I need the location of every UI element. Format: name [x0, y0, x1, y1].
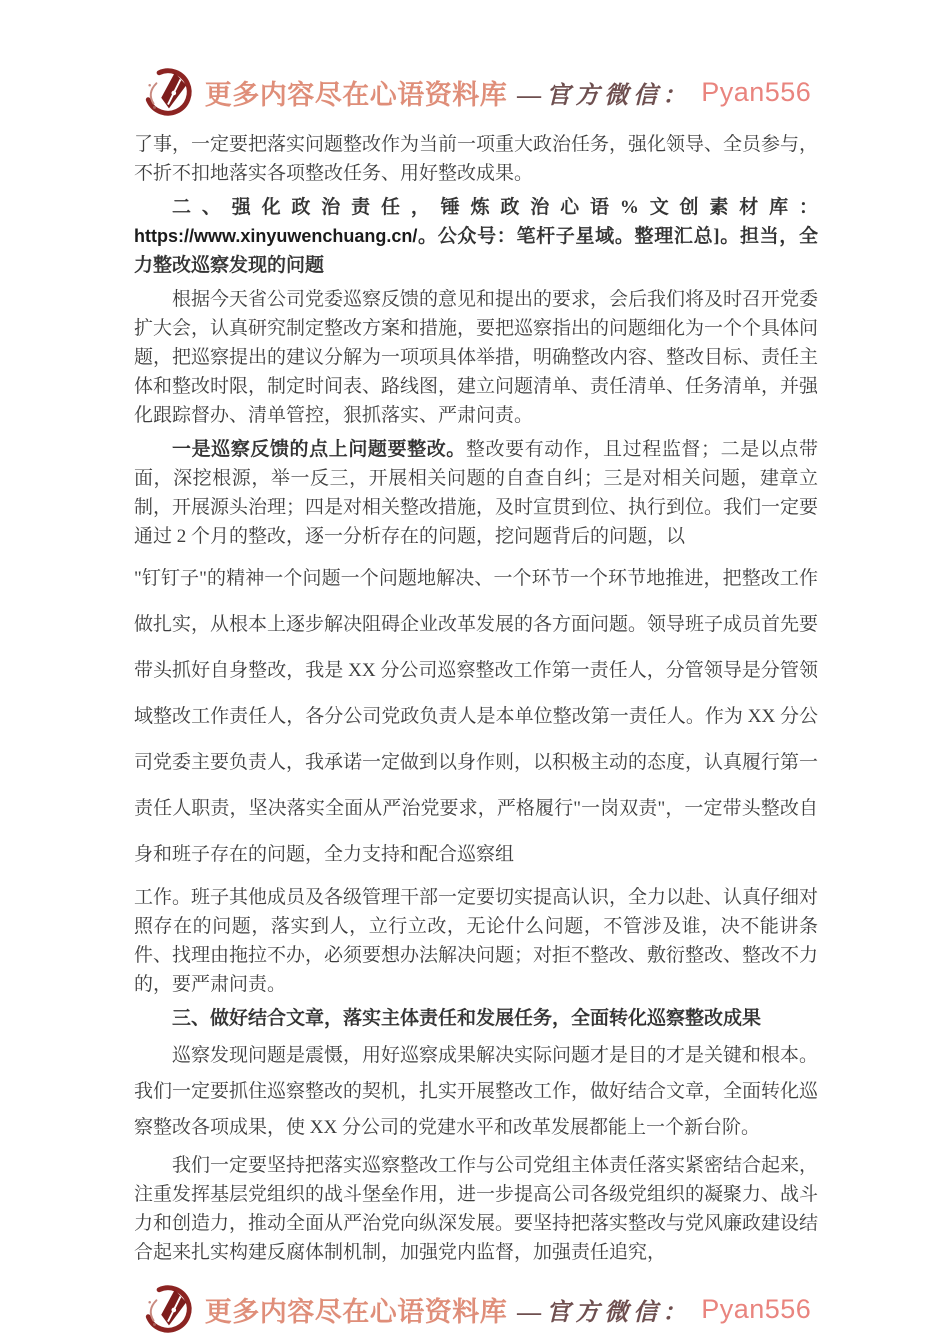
bold-lead-point-one: 一是巡察反馈的点上问题要整改。	[172, 439, 466, 460]
pen-nib-logo-icon	[141, 65, 195, 119]
document-body: 了事，一定要把落实问题整改作为当前一项重大政治任务，强化领导、全员参与，不折不扣…	[134, 130, 818, 1267]
heading-2-text: 二、强化政治责任，锤炼政治心语%文创素材库：	[172, 197, 818, 218]
watermark-text: 更多内容尽在心语资料库	[205, 1290, 508, 1329]
watermark-label: —官方微信：	[517, 1292, 691, 1327]
wechat-id: Pyan556	[701, 77, 811, 108]
section-heading-3: 三、做好结合文章，落实主体责任和发展任务，全面转化巡察整改成果	[134, 1004, 818, 1033]
paragraph-responsibility: "钉钉子"的精神一个问题一个问题地解决、一个环节一个环节地推进，把整改工作做扎实…	[134, 556, 818, 878]
watermark-text: 更多内容尽在心语资料库	[205, 73, 508, 112]
document-page: 更多内容尽在心语资料库 —官方微信： Pyan556 了事，一定要把落实问题整改…	[0, 0, 950, 1344]
pen-nib-logo-icon	[141, 1282, 195, 1336]
wechat-id: Pyan556	[701, 1294, 811, 1325]
header-watermark: 更多内容尽在心语资料库 —官方微信： Pyan556	[134, 64, 818, 120]
footer-watermark: 更多内容尽在心语资料库 —官方微信： Pyan556	[134, 1281, 818, 1337]
paragraph-continuation: 了事，一定要把落实问题整改作为当前一项重大政治任务，强化领导、全员参与，不折不扣…	[134, 130, 818, 188]
watermark-label: —官方微信：	[517, 75, 691, 110]
paragraph-four-points: 一是巡察反馈的点上问题要整改。整改要有动作，且过程监督；二是以点带面，深挖根源，…	[134, 435, 818, 551]
paragraph-accountability: 工作。班子其他成员及各级管理干部一定要切实提高认识，全力以赴、认真仔细对照存在的…	[134, 883, 818, 999]
paragraph-plan: 根据今天省公司党委巡察反馈的意见和提出的要求，会后我们将及时召开党委扩大会，认真…	[134, 285, 818, 430]
paragraph-party-building: 我们一定要坚持把落实巡察整改工作与公司党组主体责任落实紧密结合起来，注重发挥基层…	[134, 1151, 818, 1267]
section-heading-2: 二、强化政治责任，锤炼政治心语%文创素材库：https://www.xinyuw…	[134, 193, 818, 280]
spam-url-text: https://www.xinyuwenchuang.cn/	[134, 226, 417, 246]
paragraph-results: 巡察发现问题是震慑，用好巡察成果解决实际问题才是目的才是关键和根本。我们一定要抓…	[134, 1038, 818, 1146]
